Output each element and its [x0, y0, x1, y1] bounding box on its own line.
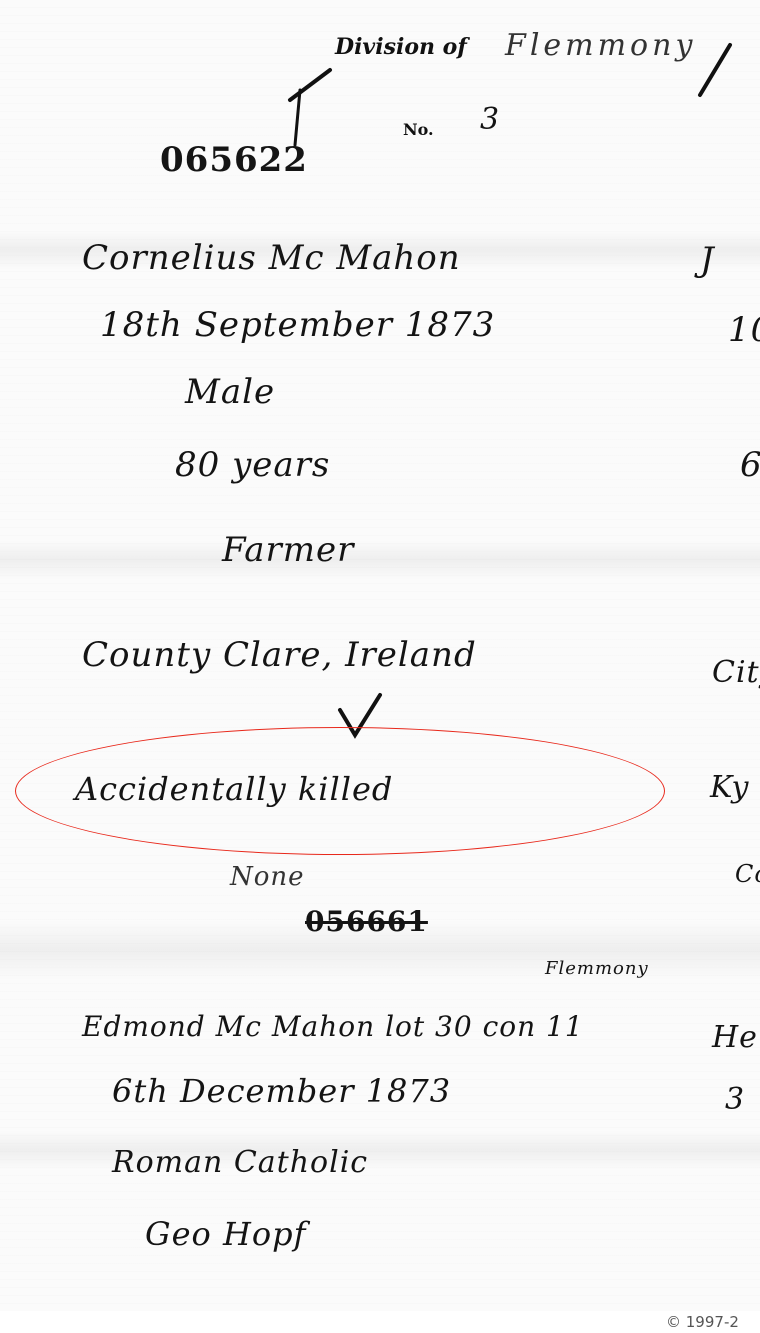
- number-label: No.: [403, 120, 434, 139]
- right-column-fragment: Co: [735, 860, 760, 888]
- copyright-footer: © 1997-2: [0, 1311, 760, 1333]
- death-register-page: Division of Flemmony No. 3 065622 Cornel…: [0, 0, 760, 1320]
- right-column-fragment: 6: [740, 445, 760, 485]
- division-value: Flemmony: [505, 28, 696, 63]
- right-column-fragment: 3: [725, 1082, 745, 1117]
- field-occupation: Farmer: [222, 530, 354, 570]
- field-name: Cornelius Mc Mahon: [82, 238, 461, 278]
- division-label: Division of: [335, 34, 467, 60]
- certificate-id-stamp: 065622: [160, 140, 308, 180]
- cross-mark: [280, 60, 350, 150]
- right-column-fragment: He: [712, 1020, 758, 1055]
- field-age: 80 years: [175, 445, 330, 485]
- right-column-fragment: Ky: [710, 770, 749, 805]
- highlight-ellipse: [15, 727, 665, 855]
- number-value: 3: [480, 102, 500, 137]
- pen-stroke-mark: [690, 40, 740, 100]
- field-registration-date: 6th December 1873: [112, 1072, 451, 1110]
- field-attendant: None: [230, 862, 305, 892]
- field-registrar: Geo Hopf: [145, 1215, 306, 1253]
- field-date-of-death: 18th September 1873: [100, 305, 495, 345]
- copyright-text: © 1997-2: [666, 1311, 739, 1333]
- right-column-fragment: City: [712, 655, 760, 690]
- field-informant: Edmond Mc Mahon lot 30 con 11: [82, 1010, 584, 1043]
- right-column-fragment: J: [700, 240, 715, 280]
- stamp-number-struck: 056661: [305, 905, 428, 938]
- right-column-fragment: 10: [728, 310, 760, 350]
- field-sex: Male: [185, 372, 275, 412]
- informant-note: Flemmony: [545, 958, 649, 979]
- field-religion: Roman Catholic: [112, 1145, 368, 1180]
- field-birthplace: County Clare, Ireland: [82, 635, 477, 675]
- paper-texture: [0, 540, 760, 580]
